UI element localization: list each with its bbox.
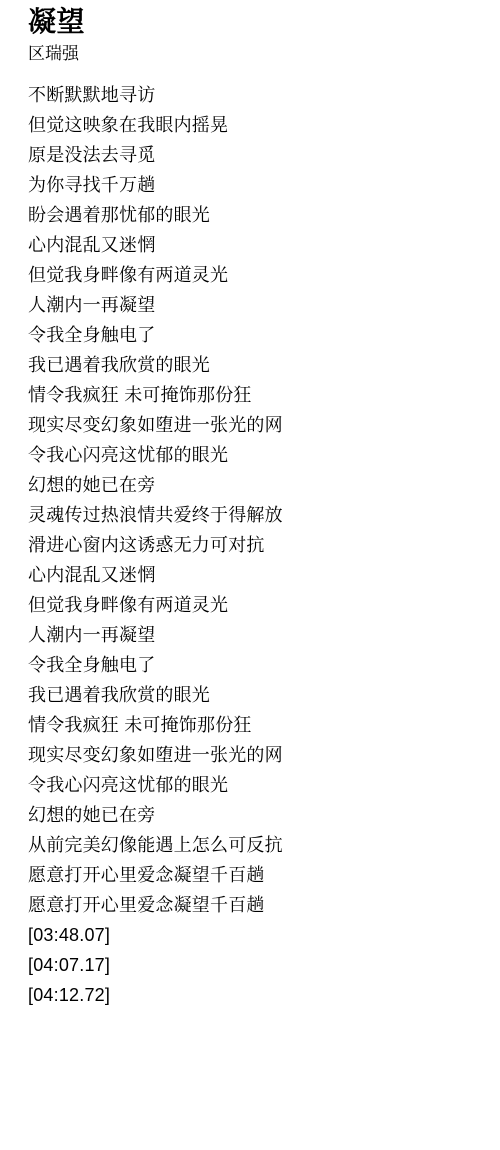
lyric-line: 盼会遇着那忧郁的眼光 [28, 200, 480, 230]
lyric-line: 滑进心窗内这诱惑无力可对抗 [28, 530, 480, 560]
lyric-line: 愿意打开心里爱念凝望千百趟 [28, 890, 480, 920]
lyric-line: 愿意打开心里爱念凝望千百趟 [28, 860, 480, 890]
lyrics-page: 凝望 区瑞强 不断默默地寻访但觉这映象在我眼内摇晃原是没法去寻觅为你寻找千万趟盼… [0, 0, 500, 1150]
lyric-line: 令我心闪亮这忧郁的眼光 [28, 770, 480, 800]
artist-name: 区瑞强 [28, 44, 480, 64]
lyric-line: 幻想的她已在旁 [28, 470, 480, 500]
lyric-line: 现实尽变幻象如堕进一张光的网 [28, 740, 480, 770]
lyric-line: 不断默默地寻访 [28, 80, 480, 110]
lyric-line: 但觉这映象在我眼内摇晃 [28, 110, 480, 140]
song-title: 凝望 [28, 6, 480, 38]
lyric-line: 心内混乱又迷惘 [28, 560, 480, 590]
lyric-line: 现实尽变幻象如堕进一张光的网 [28, 410, 480, 440]
lyric-line: 从前完美幻像能遇上怎么可反抗 [28, 830, 480, 860]
lyric-line: 灵魂传过热浪情共爱终于得解放 [28, 500, 480, 530]
lyrics-list: 不断默默地寻访但觉这映象在我眼内摇晃原是没法去寻觅为你寻找千万趟盼会遇着那忧郁的… [28, 80, 480, 1010]
lyric-line: 原是没法去寻觅 [28, 140, 480, 170]
lyric-line: 为你寻找千万趟 [28, 170, 480, 200]
lyric-line: [04:12.72] [28, 980, 480, 1010]
lyric-line: 情令我疯狂 未可掩饰那份狂 [28, 710, 480, 740]
lyric-line: 令我全身触电了 [28, 650, 480, 680]
lyric-line: 幻想的她已在旁 [28, 800, 480, 830]
lyric-line: 人潮内一再凝望 [28, 620, 480, 650]
lyric-line: 人潮内一再凝望 [28, 290, 480, 320]
lyric-line: [03:48.07] [28, 920, 480, 950]
lyric-line: 令我全身触电了 [28, 320, 480, 350]
lyric-line: 我已遇着我欣赏的眼光 [28, 680, 480, 710]
lyric-line: [04:07.17] [28, 950, 480, 980]
lyric-line: 情令我疯狂 未可掩饰那份狂 [28, 380, 480, 410]
lyric-line: 但觉我身畔像有两道灵光 [28, 590, 480, 620]
lyric-line: 心内混乱又迷惘 [28, 230, 480, 260]
lyric-line: 我已遇着我欣赏的眼光 [28, 350, 480, 380]
lyric-line: 令我心闪亮这忧郁的眼光 [28, 440, 480, 470]
lyric-line: 但觉我身畔像有两道灵光 [28, 260, 480, 290]
